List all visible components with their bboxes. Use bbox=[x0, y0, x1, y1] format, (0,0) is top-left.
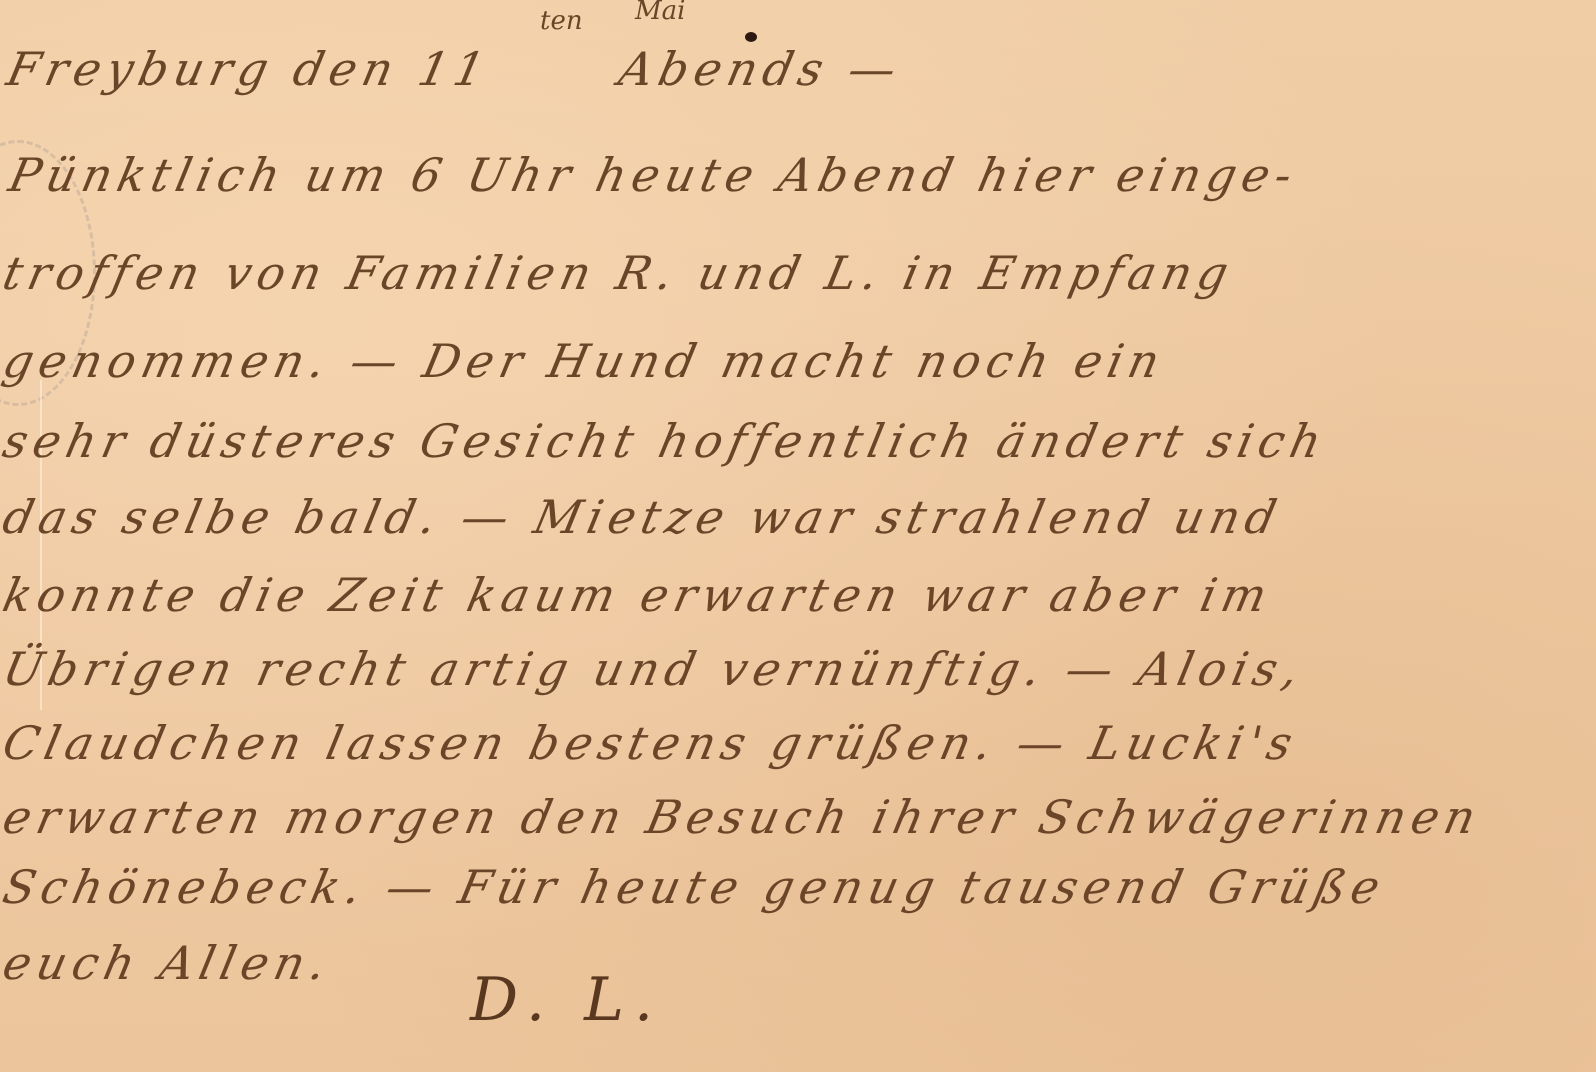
header-place-date: Freyburg den 11 bbox=[2, 42, 495, 96]
header-day-suffix: ten bbox=[540, 6, 583, 36]
letter-page: Freyburg den 11 ten Mai Abends — Pünktli… bbox=[0, 0, 1596, 1072]
letter-line-7: Übrigen recht artig und vernünftig. — Al… bbox=[0, 642, 1309, 696]
letter-line-2: troffen von Familien R. und L. in Empfan… bbox=[0, 246, 1239, 300]
letter-line-10: Schönebeck. — Für heute genug tausend Gr… bbox=[0, 860, 1391, 914]
place-date-text: Freyburg den 11 bbox=[2, 42, 495, 96]
ink-blot bbox=[745, 32, 757, 42]
signature: D. L. bbox=[470, 965, 663, 1035]
letter-line-3: genommen. — Der Hund macht noch ein bbox=[0, 334, 1170, 388]
header-month: Mai bbox=[635, 0, 685, 26]
letter-line-6: konnte die Zeit kaum erwarten war aber i… bbox=[0, 568, 1277, 622]
letter-line-5: das selbe bald. — Mietze war strahlend u… bbox=[0, 490, 1287, 544]
letter-line-4: sehr düsteres Gesicht hoffentlich ändert… bbox=[0, 414, 1332, 468]
letter-line-9: erwarten morgen den Besuch ihrer Schwäge… bbox=[0, 790, 1486, 844]
letter-line-1: Pünktlich um 6 Uhr heute Abend hier eing… bbox=[4, 148, 1303, 202]
letter-line-11: euch Allen. bbox=[0, 936, 337, 990]
letter-line-8: Claudchen lassen bestens grüßen. — Lucki… bbox=[0, 716, 1303, 770]
header-time: Abends — bbox=[614, 42, 907, 96]
